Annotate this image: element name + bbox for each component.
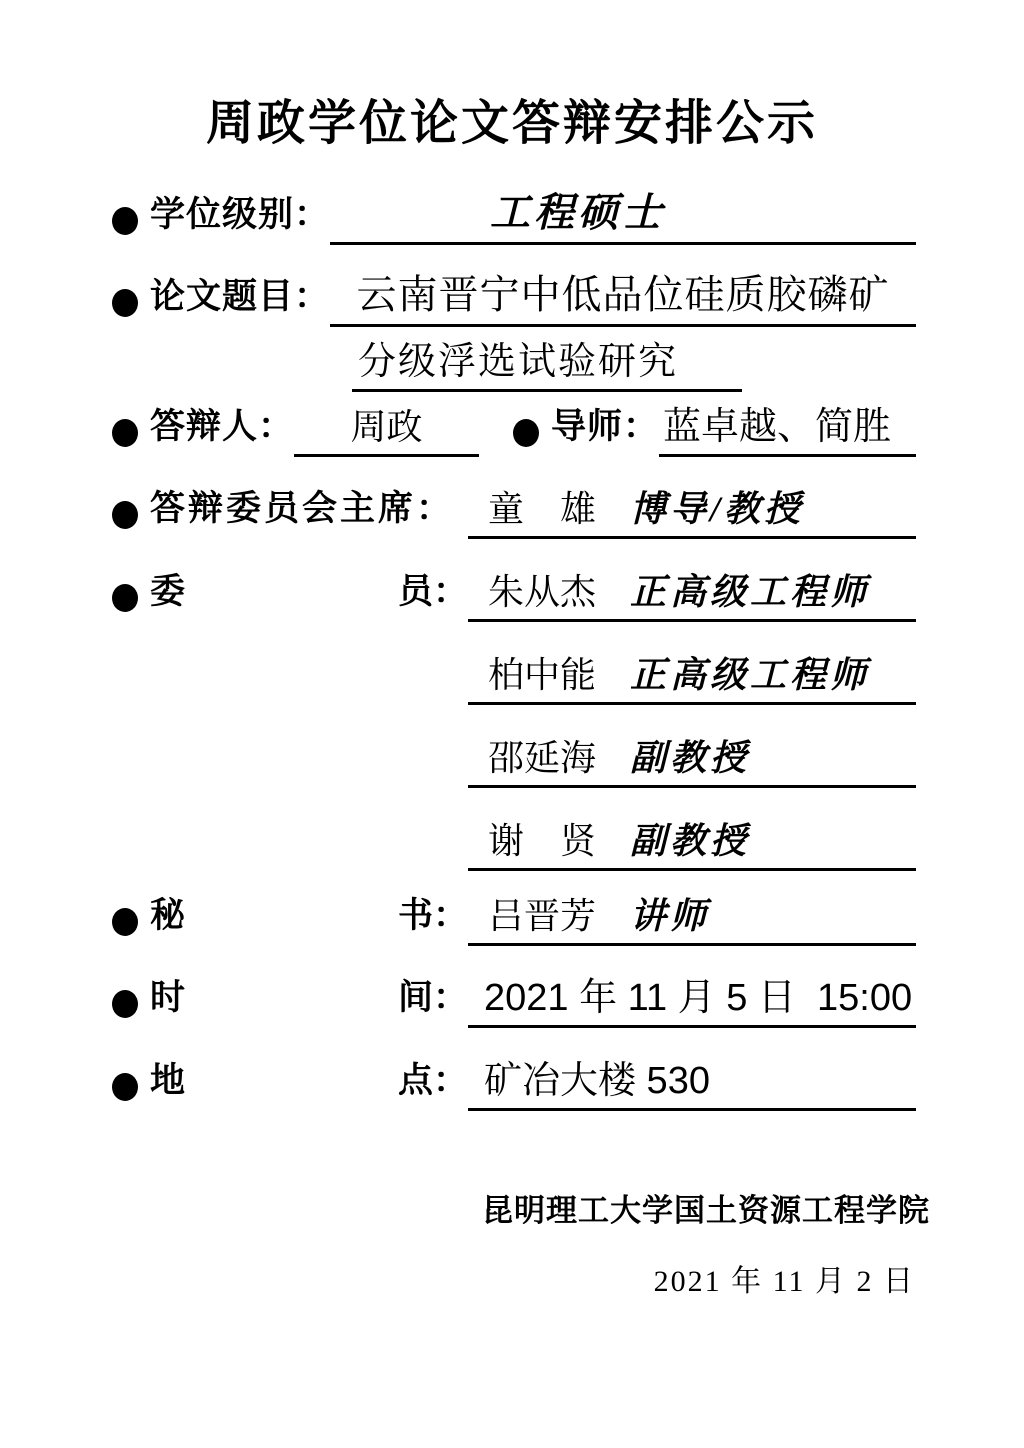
committee-member-value: 邵延海副教授 (468, 730, 916, 788)
time-label-last: 间： (398, 970, 468, 1020)
bullet-icon (112, 990, 138, 1018)
defender-value: 周政 (294, 399, 479, 457)
thesis-title-row: 论文题目： 云南晋宁中低品位硅质胶磷矿 (112, 245, 916, 327)
chair-name: 童 雄 (488, 489, 596, 529)
fields-list: 学位级别： 工程硕士 论文题目： 云南晋宁中低品位硅质胶磷矿 分级浮选试验研究 … (0, 157, 1024, 1111)
committee-member-value: 朱从杰正高级工程师 (468, 564, 916, 622)
thesis-title-line1: 云南晋宁中低品位硅质胶磷矿 (330, 263, 916, 327)
bullet-icon (112, 501, 138, 529)
member-title: 正高级工程师 (630, 655, 870, 695)
supervisor-label: 导师： (551, 399, 659, 457)
member-name: 柏中能 (488, 655, 596, 695)
chair-value: 童 雄博导/教授 (468, 481, 916, 539)
thesis-title-row-2: 分级浮选试验研究 (112, 327, 916, 392)
committee-label-first: 委 (150, 564, 185, 614)
page-title: 周政学位论文答辩安排公示 (0, 90, 1024, 157)
secretary-name: 吕晋芳 (488, 896, 596, 936)
thesis-title-line2: 分级浮选试验研究 (352, 330, 742, 392)
secretary-title: 讲师 (630, 896, 710, 936)
secretary-label-first: 秘 (150, 888, 185, 938)
defender-supervisor-row: 答辩人： 周政 导师： 蓝卓越、简胜 (112, 392, 916, 457)
defender-label: 答辩人： (150, 399, 294, 457)
chair-row: 答辩委员会主席： 童 雄博导/教授 (112, 457, 916, 539)
member-title: 正高级工程师 (630, 572, 870, 612)
committee-label: 委 员： (150, 564, 468, 622)
committee-member-row: 柏中能正高级工程师 (112, 622, 916, 705)
bullet-icon (112, 908, 138, 936)
secretary-label: 秘 书： (150, 888, 468, 946)
degree-label: 学位级别： (150, 187, 330, 245)
time-label-first: 时 (150, 970, 185, 1020)
thesis-label: 论文题目： (150, 269, 330, 327)
chair-title: 博导/教授 (630, 489, 804, 529)
location-label-first: 地 (150, 1053, 185, 1103)
committee-member-row: 邵延海副教授 (112, 705, 916, 788)
time-row: 时 间： 2021 年 11 月 5 日 15:00 (112, 946, 916, 1028)
bullet-icon (513, 419, 539, 447)
bullet-icon (112, 584, 138, 612)
committee-member-value: 柏中能正高级工程师 (468, 647, 916, 705)
bullet-icon (112, 419, 138, 447)
member-name: 谢 贤 (488, 821, 596, 861)
member-name: 朱从杰 (488, 572, 596, 612)
time-value: 2021 年 11 月 5 日 15:00 (468, 966, 916, 1028)
footer: 昆明理工大学国土资源工程学院 2021 年 11 月 2 日 (0, 1185, 1024, 1300)
location-label-last: 点： (398, 1053, 468, 1103)
supervisor-value: 蓝卓越、简胜 (659, 395, 916, 457)
member-title: 副教授 (630, 821, 750, 861)
committee-member-row: 谢 贤副教授 (112, 788, 916, 871)
committee-member-row: 委 员： 朱从杰正高级工程师 (112, 539, 916, 622)
committee-member-value: 谢 贤副教授 (468, 813, 916, 871)
secretary-value: 吕晋芳讲师 (468, 888, 916, 946)
member-title: 副教授 (630, 738, 750, 778)
chair-label: 答辩委员会主席： (150, 481, 468, 539)
bullet-icon (112, 289, 138, 317)
time-label: 时 间： (150, 970, 468, 1028)
degree-value: 工程硕士 (330, 181, 916, 245)
location-value: 矿冶大楼 530 (468, 1049, 916, 1111)
announcement-document: 周政学位论文答辩安排公示 学位级别： 工程硕士 论文题目： 云南晋宁中低品位硅质… (0, 0, 1024, 1448)
secretary-row: 秘 书： 吕晋芳讲师 (112, 871, 916, 946)
committee-label-last: 员： (398, 564, 468, 614)
bullet-icon (112, 1073, 138, 1101)
institution-name: 昆明理工大学国土资源工程学院 (0, 1185, 930, 1230)
bullet-icon (112, 207, 138, 235)
location-row: 地 点： 矿冶大楼 530 (112, 1028, 916, 1111)
secretary-label-last: 书： (398, 888, 468, 938)
member-name: 邵延海 (488, 738, 596, 778)
location-label: 地 点： (150, 1053, 468, 1111)
announcement-date: 2021 年 11 月 2 日 (0, 1256, 915, 1300)
degree-row: 学位级别： 工程硕士 (112, 157, 916, 245)
